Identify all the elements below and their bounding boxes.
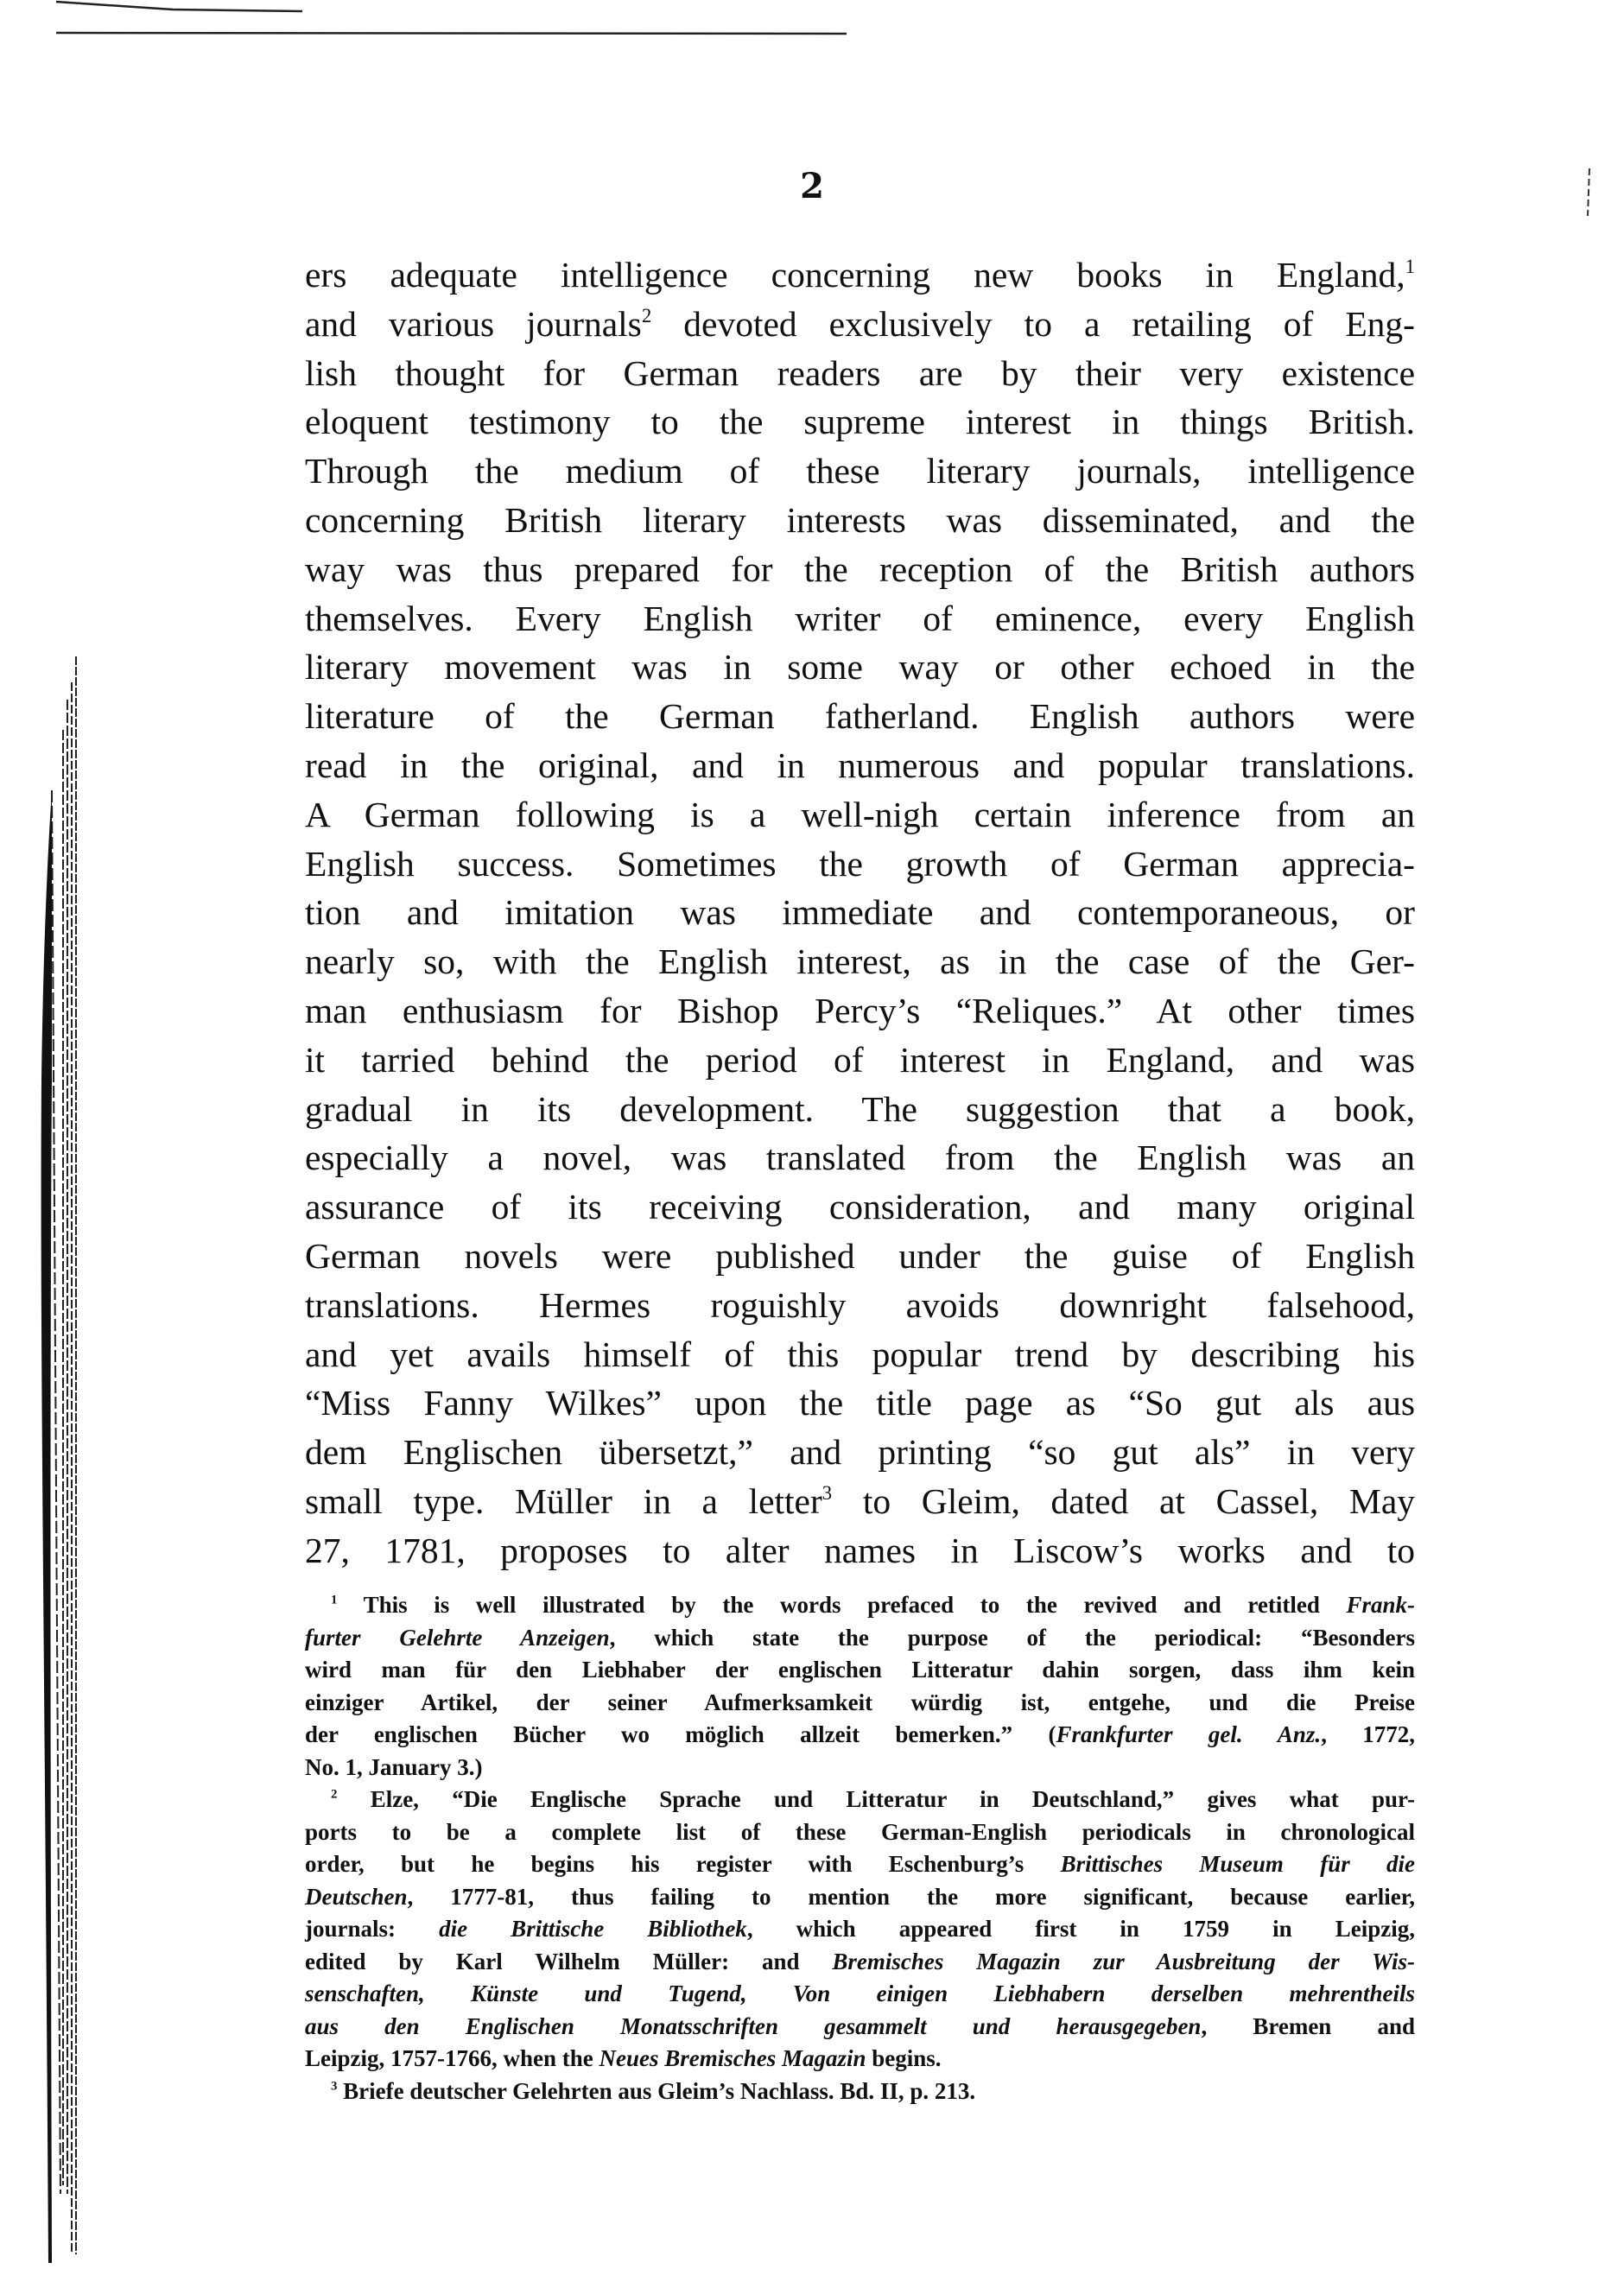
line-text: way was thus prepared for the reception …	[305, 549, 1415, 589]
line-text: to Gleim, dated at Cassel, May	[832, 1481, 1415, 1521]
footnote-line: edited by Karl Wilhelm Müller: and Bremi…	[305, 1946, 1415, 1979]
footnote-text: Briefe deutscher Gelehrten aus Gleim’s N…	[343, 2078, 975, 2104]
footnote-text: begins.	[866, 2045, 942, 2071]
footnote-reference: 2	[642, 305, 651, 326]
line-text: eloquent testimony to the supreme intere…	[305, 402, 1415, 441]
body-line: it tarried behind the period of interest…	[305, 1036, 1415, 1085]
footnote-line: der englischen Bücher wo möglich allzeit…	[305, 1719, 1415, 1752]
body-line: German novels were published under the g…	[305, 1232, 1415, 1281]
footnote-italic-title: furter Gelehrte Anzeigen	[305, 1625, 610, 1651]
footnote-italic-title: Bremisches Magazin zur Ausbreitung der W…	[832, 1949, 1415, 1974]
line-text: especially a novel, was translated from …	[305, 1138, 1415, 1177]
footnote-line: einziger Artikel, der seiner Aufmerksamk…	[305, 1687, 1415, 1720]
body-line: themselves. Every English writer of emin…	[305, 594, 1415, 643]
line-text: dem Englischen übersetzt,” and printing …	[305, 1432, 1415, 1472]
footnote-italic-title: Brittisches Museum für die	[1061, 1851, 1415, 1877]
footnote-text: , Bremen and	[1201, 2013, 1415, 2039]
footnote-line: Deutschen, 1777-81, thus failing to ment…	[305, 1881, 1415, 1914]
footnotes: 1 This is well illustrated by the words …	[305, 1589, 1415, 2107]
line-text: and various journals	[305, 304, 642, 344]
line-text: it tarried behind the period of interest…	[305, 1040, 1415, 1080]
footnote-line: order, but he begins his register with E…	[305, 1848, 1415, 1881]
line-text: gradual in its development. The suggesti…	[305, 1089, 1415, 1129]
line-text: and yet avails himself of this popular t…	[305, 1334, 1415, 1374]
scan-edge-top-rule	[0, 0, 1624, 52]
footnote-text: journals:	[305, 1916, 439, 1942]
footnote-text: einziger Artikel, der seiner Aufmerksamk…	[305, 1689, 1415, 1715]
body-line: A German following is a well-nigh certai…	[305, 790, 1415, 840]
footnote-text: edited by Karl Wilhelm Müller: and	[305, 1949, 832, 1974]
line-text: English success. Sometimes the growth of…	[305, 844, 1415, 884]
footnote-line: 2 Elze, “Die Englische Sprache und Litte…	[305, 1784, 1415, 1816]
footnote-italic-title: die Brittische Bibliothek	[439, 1916, 747, 1942]
body-line: way was thus prepared for the reception …	[305, 545, 1415, 594]
footnote-line: furter Gelehrte Anzeigen, which state th…	[305, 1622, 1415, 1655]
line-text: literary movement was in some way or oth…	[305, 647, 1415, 687]
body-line: dem Englischen übersetzt,” and printing …	[305, 1428, 1415, 1477]
footnote-line: wird man für den Liebhaber der englische…	[305, 1654, 1415, 1687]
body-line: especially a novel, was translated from …	[305, 1133, 1415, 1182]
footnote-text: , 1772,	[1321, 1721, 1415, 1747]
line-text: man enthusiasm for Bishop Percy’s “Reliq…	[305, 991, 1415, 1030]
page-number: 2	[0, 166, 1624, 206]
body-line: tion and imitation was immediate and con…	[305, 888, 1415, 937]
body-line: nearly so, with the English interest, as…	[305, 937, 1415, 986]
line-text: assurance of its receiving consideration…	[305, 1187, 1415, 1226]
footnote-italic-title: Frank-	[1346, 1592, 1415, 1618]
footnote-italic-title: Frankfurter gel. Anz.	[1056, 1721, 1321, 1747]
body-line: small type. Müller in a letter3 to Gleim…	[305, 1477, 1415, 1526]
line-text: nearly so, with the English interest, as…	[305, 941, 1415, 981]
body-line: Through the medium of these literary jou…	[305, 447, 1415, 496]
line-text: A German following is a well-nigh certai…	[305, 795, 1415, 834]
line-text: read in the original, and in numerous an…	[305, 745, 1415, 785]
line-text: “Miss Fanny Wilkes” upon the title page …	[305, 1383, 1415, 1423]
body-line: eloquent testimony to the supreme intere…	[305, 397, 1415, 447]
footnote-line: aus den Englischen Monatsschriften gesam…	[305, 2011, 1415, 2044]
body-line: concerning British literary interests wa…	[305, 496, 1415, 545]
body-line: literary movement was in some way or oth…	[305, 643, 1415, 692]
line-text: tion and imitation was immediate and con…	[305, 892, 1415, 932]
body-line: 27, 1781, proposes to alter names in Lis…	[305, 1526, 1415, 1575]
body-line: translations. Hermes roguishly avoids do…	[305, 1281, 1415, 1330]
body-text: ers adequate intelligence concerning new…	[305, 250, 1415, 1575]
scan-edge-left-pages	[0, 648, 104, 2263]
line-text: 27, 1781, proposes to alter names in Lis…	[305, 1531, 1415, 1570]
footnote-text: No. 1, January 3.)	[305, 1754, 483, 1780]
footnote-text: This is well illustrated by the words pr…	[364, 1592, 1347, 1618]
footnote-text: , which appeared first in 1759 in Leipzi…	[747, 1916, 1415, 1942]
body-line: and yet avails himself of this popular t…	[305, 1330, 1415, 1379]
footnote-line: 3 Briefe deutscher Gelehrten aus Gleim’s…	[305, 2076, 1415, 2108]
footnote-marker: 1	[331, 1594, 337, 1607]
footnote-line: No. 1, January 3.)	[305, 1752, 1415, 1784]
line-text: themselves. Every English writer of emin…	[305, 599, 1415, 638]
line-text: concerning British literary interests wa…	[305, 500, 1415, 540]
line-text: small type. Müller in a letter	[305, 1481, 822, 1521]
footnote-text: Elze, “Die Englische Sprache und Littera…	[371, 1786, 1415, 1812]
footnote-text: order, but he begins his register with E…	[305, 1851, 1061, 1877]
footnote-reference: 3	[822, 1482, 832, 1504]
footnote-italic-title: Deutschen	[305, 1884, 408, 1910]
body-line: ers adequate intelligence concerning new…	[305, 250, 1415, 300]
footnote-text: , 1777-81, thus failing to mention the m…	[408, 1884, 1415, 1910]
footnote-text: der englischen Bücher wo möglich allzeit…	[305, 1721, 1056, 1747]
body-line: assurance of its receiving consideration…	[305, 1182, 1415, 1232]
body-line: lish thought for German readers are by t…	[305, 349, 1415, 398]
footnote-italic-title: senschaften, Künste und Tugend, Von eini…	[305, 1981, 1415, 2006]
footnote-italic-title: Neues Bremisches Magazin	[599, 2045, 866, 2071]
footnote-text: , which state the purpose of the periodi…	[610, 1625, 1415, 1651]
line-text: translations. Hermes roguishly avoids do…	[305, 1285, 1415, 1325]
footnote-text: ports to be a complete list of these Ger…	[305, 1819, 1415, 1845]
footnote-marker: 2	[331, 1788, 337, 1802]
body-line: “Miss Fanny Wilkes” upon the title page …	[305, 1379, 1415, 1428]
footnote-line: Leipzig, 1757-1766, when the Neues Bremi…	[305, 2043, 1415, 2076]
line-text: devoted exclusively to a retailing of En…	[651, 304, 1415, 344]
footnote-line: senschaften, Künste und Tugend, Von eini…	[305, 1978, 1415, 2011]
footnote-line: 1 This is well illustrated by the words …	[305, 1589, 1415, 1622]
body-line: literature of the German fatherland. Eng…	[305, 692, 1415, 741]
footnote-line: journals: die Brittische Bibliothek, whi…	[305, 1913, 1415, 1946]
line-text: ers adequate intelligence concerning new…	[305, 255, 1405, 295]
footnote-reference: 1	[1405, 256, 1415, 277]
footnote-text: Leipzig, 1757-1766, when the	[305, 2045, 599, 2071]
line-text: Through the medium of these literary jou…	[305, 451, 1415, 491]
line-text: lish thought for German readers are by t…	[305, 353, 1415, 393]
line-text: German novels were published under the g…	[305, 1236, 1415, 1276]
footnote-marker: 3	[331, 2079, 337, 2093]
body-line: read in the original, and in numerous an…	[305, 741, 1415, 790]
footnote-italic-title: aus den Englischen Monatsschriften gesam…	[305, 2013, 1201, 2039]
body-line: man enthusiasm for Bishop Percy’s “Reliq…	[305, 986, 1415, 1036]
body-line: and various journals2 devoted exclusivel…	[305, 300, 1415, 349]
body-line: gradual in its development. The suggesti…	[305, 1085, 1415, 1134]
body-line: English success. Sometimes the growth of…	[305, 840, 1415, 889]
footnote-text: wird man für den Liebhaber der englische…	[305, 1657, 1415, 1683]
footnote-line: ports to be a complete list of these Ger…	[305, 1816, 1415, 1849]
line-text: literature of the German fatherland. Eng…	[305, 696, 1415, 736]
